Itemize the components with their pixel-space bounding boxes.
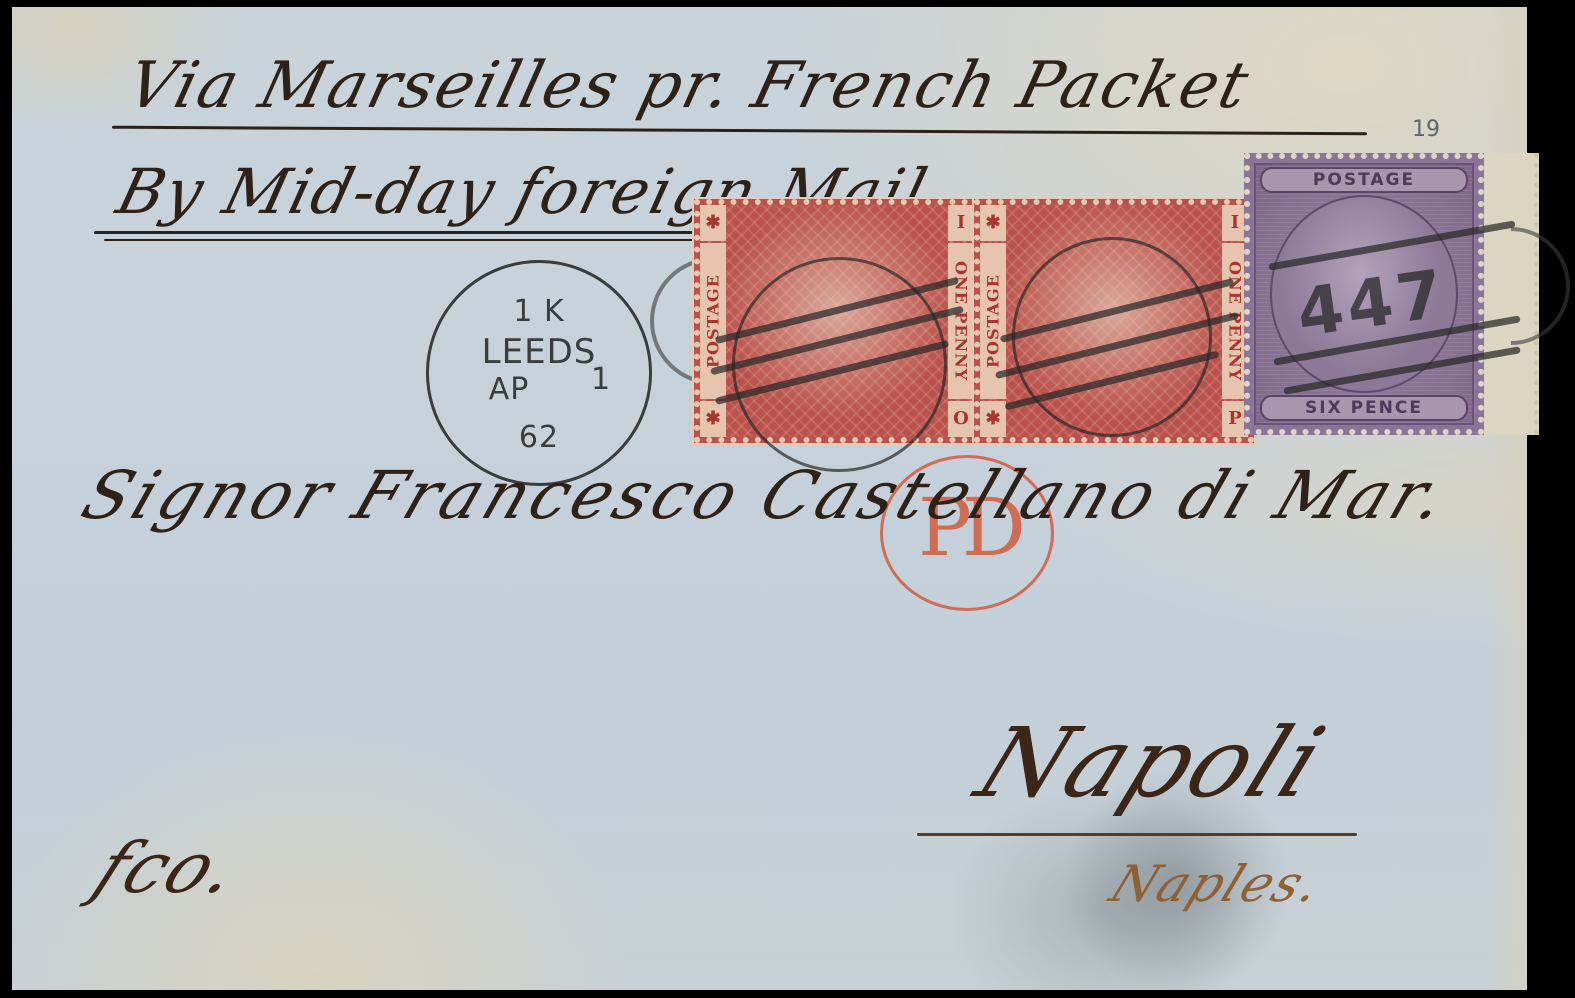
pencil-note: 19 bbox=[1412, 117, 1440, 142]
postal-cover: Via Marseilles pr. French Packet By Mid-… bbox=[12, 7, 1527, 990]
franco-note: fco. bbox=[82, 827, 255, 909]
stamp-corner-star: ✱ bbox=[700, 205, 726, 241]
cds-code: 1 K bbox=[429, 297, 649, 327]
stamp-corner-star: ✱ bbox=[980, 205, 1006, 241]
stamp-corner-star: ✱ bbox=[980, 401, 1006, 437]
stamp-side-label: ONE PENNY bbox=[948, 243, 974, 399]
stamp-bottom-label: SIX PENCE bbox=[1260, 395, 1468, 421]
stamp-side-label: POSTAGE bbox=[700, 243, 726, 399]
routing-underline-1 bbox=[112, 126, 1367, 136]
routing-line-1: Via Marseilles pr. French Packet bbox=[120, 49, 1257, 123]
routing-underline-2a bbox=[94, 231, 694, 234]
cds-year: 62 bbox=[429, 423, 649, 453]
stamp-corner-letter: I bbox=[948, 205, 974, 241]
stamp-corner-star: ✱ bbox=[700, 401, 726, 437]
destination-city: Napoli bbox=[962, 707, 1341, 819]
destination-translation: Naples. bbox=[1102, 855, 1332, 913]
leeds-circular-datestamp: 1 K LEEDS AP 1 62 bbox=[426, 260, 652, 486]
stamp-top-label: POSTAGE bbox=[1260, 167, 1468, 193]
addressee-name: Signor Francesco Castellano di Mar. bbox=[72, 457, 1461, 534]
destination-underline bbox=[917, 833, 1357, 836]
routing-underline-2b bbox=[104, 239, 694, 241]
stamp-corner-letter: O bbox=[948, 401, 974, 437]
cds-town: LEEDS bbox=[429, 335, 649, 369]
